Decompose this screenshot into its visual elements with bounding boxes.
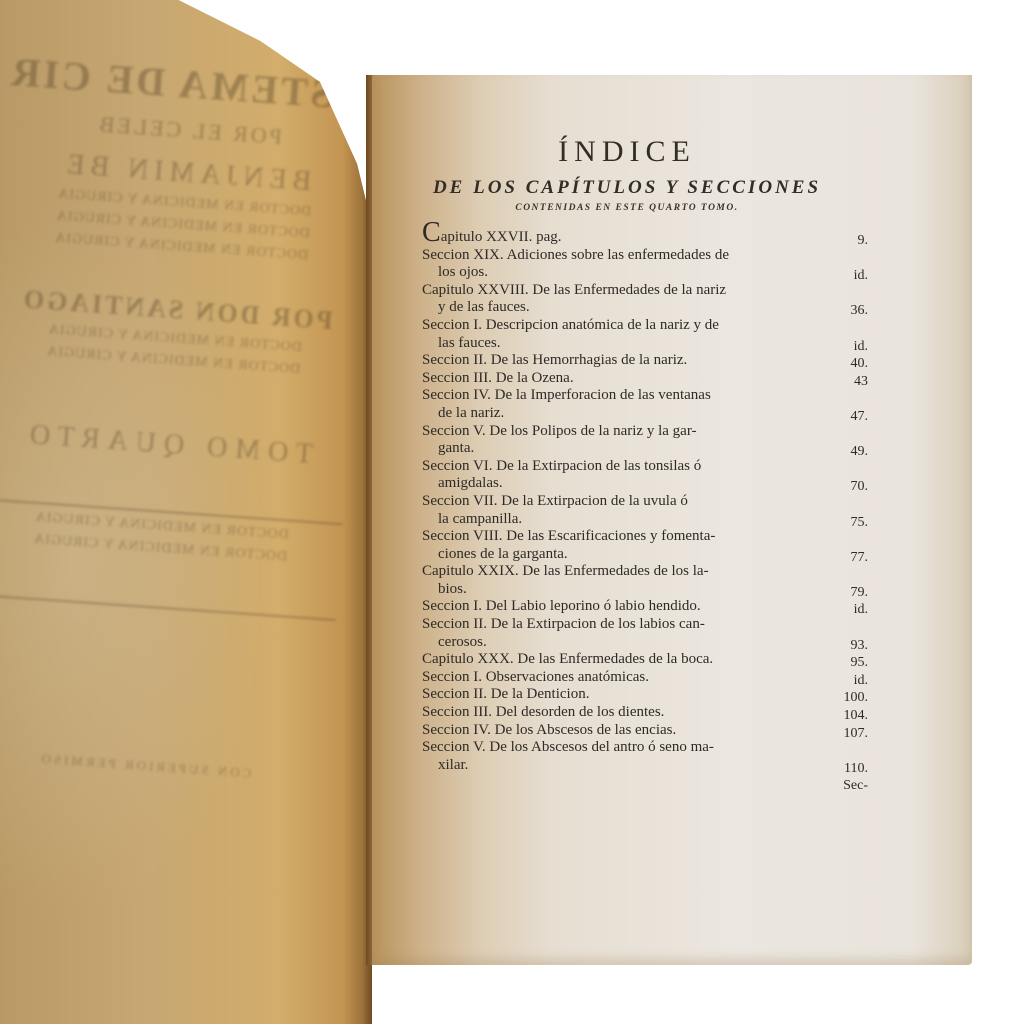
entry-title: Capitulo XXVII. pag.: [422, 223, 817, 247]
entry-line: Seccion I. Del Labio leporino ó labio he…: [422, 598, 817, 616]
entry-title: Seccion IV. De la Imperforacion de las v…: [422, 387, 817, 422]
entry-title: Capitulo XXX. De las Enfermedades de la …: [422, 651, 817, 669]
entry-line: Seccion VIII. De las Escarificaciones y …: [422, 528, 817, 546]
entry-title: Seccion VII. De la Extirpacion de la uvu…: [422, 493, 817, 528]
entry-title: Seccion II. De la Extirpacion de los lab…: [422, 616, 817, 651]
entry-page-number: 47.: [828, 408, 868, 426]
index-entry: Seccion V. De los Polipos de la nariz y …: [422, 423, 832, 458]
entry-line: Seccion IV. De los Abscesos de las encia…: [422, 722, 817, 740]
index-entry: Seccion III. Del desorden de los dientes…: [422, 704, 832, 722]
entry-page-number: 75.: [828, 514, 868, 532]
entry-page-number: id.: [828, 338, 868, 356]
entry-title: Seccion I. Observaciones anatómicas.: [422, 669, 817, 687]
index-entry: Seccion I. Observaciones anatómicas.id.: [422, 669, 832, 687]
entry-title: Seccion II. De la Denticion.: [422, 686, 817, 704]
entry-title: Seccion III. Del desorden de los dientes…: [422, 704, 817, 722]
index-entry: Seccion I. Del Labio leporino ó labio he…: [422, 598, 832, 616]
bleed-line: CON SUPERIOR PERMISO: [0, 745, 335, 787]
entry-page-number: 110.: [828, 760, 868, 778]
left-page: SISTEMA DE CIR POR EL CELEB BENJAMIN BE …: [0, 0, 372, 1024]
entry-title: Seccion V. De los Polipos de la nariz y …: [422, 423, 817, 458]
entry-page-number: id.: [828, 672, 868, 690]
index-entry: Seccion VIII. De las Escarificaciones y …: [422, 528, 832, 563]
entry-title: Seccion III. De la Ozena.: [422, 370, 817, 388]
entry-page-number: 95.: [828, 654, 868, 672]
page-subtitle: DE LOS CAPÍTULOS Y SECCIONES: [422, 177, 832, 199]
entry-page-number: 9.: [828, 232, 868, 250]
entry-title: Seccion V. De los Abscesos del antro ó s…: [422, 739, 817, 774]
bleed-through-text: SISTEMA DE CIR POR EL CELEB BENJAMIN BE …: [0, 28, 385, 788]
bleed-rule: [0, 594, 336, 621]
entry-title: Seccion I. Del Labio leporino ó labio he…: [422, 598, 817, 616]
index-entry: Capitulo XXVII. pag.9.: [422, 223, 832, 247]
entry-page-number: 40.: [828, 355, 868, 373]
entry-line: amigdalas.: [422, 475, 817, 493]
index-entry: Seccion II. De la Extirpacion de los lab…: [422, 616, 832, 651]
entry-line: Seccion II. De la Denticion.: [422, 686, 817, 704]
entry-line: Capitulo XXVII. pag.: [422, 223, 817, 247]
index-content: ÍNDICE DE LOS CAPÍTULOS Y SECCIONES cont…: [422, 135, 832, 774]
entry-line: Seccion IV. De la Imperforacion de las v…: [422, 387, 817, 405]
entry-line: ciones de la garganta.: [422, 546, 817, 564]
entry-page-number: 36.: [828, 302, 868, 320]
entry-page-number: 79.: [828, 584, 868, 602]
catchword: Sec-: [843, 778, 868, 794]
entry-title: Seccion IV. De los Abscesos de las encia…: [422, 722, 817, 740]
entry-line: Seccion II. De las Hemorrhagias de la na…: [422, 352, 817, 370]
entry-page-number: id.: [828, 267, 868, 285]
entry-line: y de las fauces.: [422, 299, 817, 317]
index-entry: Seccion V. De los Abscesos del antro ó s…: [422, 739, 832, 774]
index-entry: Capitulo XXVIII. De las Enfermedades de …: [422, 282, 832, 317]
entry-title: Seccion VIII. De las Escarificaciones y …: [422, 528, 817, 563]
entry-line: Seccion I. Observaciones anatómicas.: [422, 669, 817, 687]
entry-line: xilar.: [422, 757, 817, 775]
index-entry: Seccion VI. De la Extirpacion de las ton…: [422, 458, 832, 493]
index-entry: Seccion II. De la Denticion.100.: [422, 686, 832, 704]
entry-page-number: 104.: [828, 707, 868, 725]
entry-page-number: 43: [828, 373, 868, 391]
entry-line: Seccion VI. De la Extirpacion de las ton…: [422, 458, 817, 476]
entry-line: las fauces.: [422, 335, 817, 353]
index-entry: Seccion I. Descripcion anatómica de la n…: [422, 317, 832, 352]
entry-title: Seccion II. De las Hemorrhagias de la na…: [422, 352, 817, 370]
entry-title: Seccion XIX. Adiciones sobre las enferme…: [422, 247, 817, 282]
index-entry: Seccion IV. De la Imperforacion de las v…: [422, 387, 832, 422]
entry-line: Seccion III. De la Ozena.: [422, 370, 817, 388]
entry-line: Capitulo XXIX. De las Enfermedades de lo…: [422, 563, 817, 581]
entry-page-number: 77.: [828, 549, 868, 567]
entry-page-number: id.: [828, 601, 868, 619]
entry-line: ganta.: [422, 440, 817, 458]
entry-line: la campanilla.: [422, 511, 817, 529]
index-entry: Capitulo XXX. De las Enfermedades de la …: [422, 651, 832, 669]
page-subtitle-secondary: contenidas en este quarto tomo.: [422, 203, 832, 213]
entry-title: Capitulo XXVIII. De las Enfermedades de …: [422, 282, 817, 317]
entry-title: Seccion VI. De la Extirpacion de las ton…: [422, 458, 817, 493]
entry-line: Seccion II. De la Extirpacion de los lab…: [422, 616, 817, 634]
entry-page-number: 107.: [828, 725, 868, 743]
entry-page-number: 100.: [828, 689, 868, 707]
entry-page-number: 70.: [828, 478, 868, 496]
right-page: ÍNDICE DE LOS CAPÍTULOS Y SECCIONES cont…: [372, 75, 972, 965]
entry-line: Seccion III. Del desorden de los dientes…: [422, 704, 817, 722]
entry-line: Capitulo XXVIII. De las Enfermedades de …: [422, 282, 817, 300]
entry-line: Seccion V. De los Polipos de la nariz y …: [422, 423, 817, 441]
entry-line: cerosos.: [422, 634, 817, 652]
entry-line: bios.: [422, 581, 817, 599]
book-photo: SISTEMA DE CIR POR EL CELEB BENJAMIN BE …: [0, 0, 1024, 1024]
entry-line: Capitulo XXX. De las Enfermedades de la …: [422, 651, 817, 669]
index-entry: Capitulo XXIX. De las Enfermedades de lo…: [422, 563, 832, 598]
index-entry: Seccion II. De las Hemorrhagias de la na…: [422, 352, 832, 370]
index-entry: Seccion XIX. Adiciones sobre las enferme…: [422, 247, 832, 282]
entry-page-number: 93.: [828, 637, 868, 655]
entry-line: Seccion I. Descripcion anatómica de la n…: [422, 317, 817, 335]
entry-line: de la nariz.: [422, 405, 817, 423]
entry-line: los ojos.: [422, 264, 817, 282]
entry-line: Seccion XIX. Adiciones sobre las enferme…: [422, 247, 817, 265]
entry-line: Seccion V. De los Abscesos del antro ó s…: [422, 739, 817, 757]
entry-title: Capitulo XXIX. De las Enfermedades de lo…: [422, 563, 817, 598]
index-entry: Seccion IV. De los Abscesos de las encia…: [422, 722, 832, 740]
index-entries: Capitulo XXVII. pag.9.Seccion XIX. Adici…: [422, 223, 832, 774]
index-entry: Seccion VII. De la Extirpacion de la uvu…: [422, 493, 832, 528]
bleed-line: TOMO QUARTO: [0, 416, 358, 474]
page-title: ÍNDICE: [422, 135, 832, 169]
index-entry: Seccion III. De la Ozena.43: [422, 370, 832, 388]
entry-line: Seccion VII. De la Extirpacion de la uvu…: [422, 493, 817, 511]
entry-page-number: 49.: [828, 443, 868, 461]
entry-title: Seccion I. Descripcion anatómica de la n…: [422, 317, 817, 352]
